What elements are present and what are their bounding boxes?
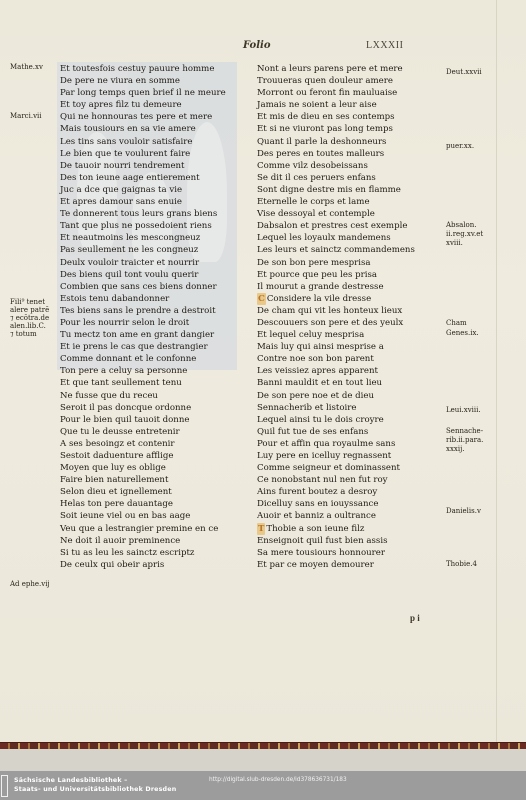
verse-text: Les leurs et sainctz commandemens (257, 245, 415, 255)
verse-text: Banni mauldit et en tout lieu (257, 378, 382, 388)
verse-text: Eternelle le corps et lame (257, 197, 370, 207)
verse-text: Des ton ieune aage entierement (60, 173, 200, 183)
verse-text: Sennacherib et listoire (257, 403, 356, 413)
verse-text: Mais tousiours en sa vie amere (60, 124, 196, 134)
verse-line: Les tins sans vouloir satisfaire (60, 136, 226, 148)
verse-line: Seroit il pas doncque ordonne (60, 402, 226, 414)
verse-line: Se dit il ces peruers enfans (257, 172, 415, 184)
verse-text: Dicelluy sans en iouyssance (257, 499, 378, 509)
verse-text: Jamais ne soient a leur aise (257, 100, 377, 110)
source-url[interactable]: http://digital.slub-dresden.de/id3786367… (209, 777, 347, 783)
verse-line: Deulx vouloir traicter et nourrir (60, 257, 226, 269)
verse-line: Pour et affin qua royaulme sans (257, 438, 415, 450)
verse-line: Des biens quil tont voulu querir (60, 269, 226, 281)
verse-text: Descouuers son pere et des yeulx (257, 318, 403, 328)
verse-line: Tu mectz ton ame en grant dangier (60, 329, 226, 341)
verse-line: Le bien que te voulurent faire (60, 148, 226, 160)
verse-text: A ses besoingz et contenir (60, 439, 175, 449)
marginal-gloss: xxxij. (446, 445, 464, 454)
verse-line: Des ton ieune aage entierement (60, 172, 226, 184)
verse-text: Comme vilz desobeissans (257, 161, 368, 171)
verse-text: Selon dieu et ignellement (60, 487, 172, 497)
verse-text: Tes biens sans le prendre a destroit (60, 306, 216, 316)
verse-text: Quant il parle la deshonneurs (257, 137, 386, 147)
verse-text: Et mis de dieu en ses contemps (257, 112, 395, 122)
verse-line: Moyen que luy es oblige (60, 462, 226, 474)
verse-line: Si tu as leu les sainctz escriptz (60, 547, 226, 559)
verse-line: Qui ne honnouras tes pere et mere (60, 111, 226, 123)
verse-line: Luy pere en icelluy regnassent (257, 450, 415, 462)
marginal-gloss: rib.ii.para. (446, 436, 483, 445)
verse-text: Thobie a son ieune filz (266, 524, 364, 534)
verse-text: Contre noe son bon parent (257, 354, 374, 364)
verse-text: Les tins sans vouloir satisfaire (60, 137, 193, 147)
marginal-gloss: ii.reg.xv.et (446, 230, 483, 239)
verse-line: Lequel les loyaulx mandemens (257, 232, 415, 244)
verse-line: Sa mere tousiours honnourer (257, 547, 415, 559)
marginal-gloss: xviii. (446, 239, 463, 248)
verse-text: Que tu le deusse entretenir (60, 427, 180, 437)
marginal-gloss: puer.xx. (446, 142, 474, 151)
verse-text: Lequel ainsi tu le dois croyre (257, 415, 384, 425)
verse-text: Tu mectz ton ame en grant dangier (60, 330, 214, 340)
verse-text: Ne fusse que du receu (60, 391, 158, 401)
verse-text: Et par ce moyen demourer (257, 560, 374, 570)
verse-text: Par long temps quen brief il ne meure (60, 88, 226, 98)
verse-text: Enseignoit quil fust bien assis (257, 536, 387, 546)
verse-line: Les leurs et sainctz commandemens (257, 244, 415, 256)
verse-line: Contre noe son bon parent (257, 353, 415, 365)
verse-line: Ne fusse que du receu (60, 390, 226, 402)
verse-line: Et lequel celuy mesprisa (257, 329, 415, 341)
marginal-gloss: Deut.xxvii (446, 68, 482, 77)
signature-mark: p i (410, 613, 420, 623)
verse-line: Et si ne viuront pas long temps (257, 123, 415, 135)
library-logo-icon (1, 775, 8, 797)
verse-line: Trouueras quen douleur amere (257, 75, 415, 87)
marginal-gloss: Danielis.v (446, 507, 481, 516)
verse-text: Considere la vile dresse (267, 294, 371, 304)
verse-text: Comme donnant et le confonne (60, 354, 196, 364)
verse-line: TThobie a son ieune filz (257, 523, 415, 535)
verse-text: Et toy apres filz tu demeure (60, 100, 182, 110)
folio-number: LXXXII (366, 40, 403, 51)
verse-text: Ains furent boutez a desroy (257, 487, 377, 497)
verse-line: Des peres en toutes malleurs (257, 148, 415, 160)
verse-text: Nont a leurs parens pere et mere (257, 64, 403, 74)
verse-line: Comme seigneur et dominassent (257, 462, 415, 474)
verse-text: Te donnerent tous leurs grans biens (60, 209, 217, 219)
verse-line: A ses besoingz et contenir (60, 438, 226, 450)
verse-line: Pour le bien quil tauoit donne (60, 414, 226, 426)
verse-text: Le bien que te voulurent faire (60, 149, 190, 159)
verse-line: Juc a dce que gaignas ta vie (60, 184, 226, 196)
verse-text: Et si ne viuront pas long temps (257, 124, 393, 134)
verse-text: Sa mere tousiours honnourer (257, 548, 385, 558)
verse-line: Comme donnant et le confonne (60, 353, 226, 365)
verse-text: De son pere noe et de dieu (257, 391, 374, 401)
verse-text: Ce nonobstant nul nen fut roy (257, 475, 388, 485)
verse-line: De ceulx qui obeir apris (60, 559, 226, 571)
verse-text: Mais luy qui ainsi mesprise a (257, 342, 384, 352)
marginal-gloss: Cham (446, 319, 467, 328)
verse-line: De pere ne viura en somme (60, 75, 226, 87)
verse-line: Dabsalon et prestres cest exemple (257, 220, 415, 232)
verse-line: Ton pere a celuy sa personne (60, 365, 226, 377)
verse-line: Combien que sans ces biens donner (60, 281, 226, 293)
verse-line: Eternelle le corps et lame (257, 196, 415, 208)
verse-line: Estois tenu dabandonner (60, 293, 226, 305)
verse-text: Ne doit il auoir preminence (60, 536, 180, 546)
marginal-gloss: Leui.xviii. (446, 406, 481, 415)
rubricated-initial: T (257, 523, 265, 535)
verse-line: Quil fut tue de ses enfans (257, 426, 415, 438)
verse-line: Nont a leurs parens pere et mere (257, 63, 415, 75)
verse-text: Sestoit daduenture afflige (60, 451, 173, 461)
verse-text: Et pource que peu les prisa (257, 270, 377, 280)
verse-line: Sont digne destre mis en flamme (257, 184, 415, 196)
marginal-gloss: Ad ephe.vij (10, 580, 50, 589)
verse-line: Faire bien naturellement (60, 474, 226, 486)
verse-text: Seroit il pas doncque ordonne (60, 403, 191, 413)
verse-text: Soit ieune viel ou en bas aage (60, 511, 190, 521)
verse-line: Veu que a lestrangier premine en ce (60, 523, 226, 535)
page-header: Folio LXXXII (0, 38, 526, 56)
verse-line: Ce nonobstant nul nen fut roy (257, 474, 415, 486)
verse-line: De son bon pere mesprisa (257, 257, 415, 269)
verse-text: Luy pere en icelluy regnassent (257, 451, 391, 461)
verse-line: Tant que plus ne possedoient riens (60, 220, 226, 232)
verse-line: Il mourut a grande destresse (257, 281, 415, 293)
verse-text: Sont digne destre mis en flamme (257, 185, 401, 195)
marginal-gloss: ⁊ totum (10, 330, 37, 339)
verse-line: Te donnerent tous leurs grans biens (60, 208, 226, 220)
verse-line: De son pere noe et de dieu (257, 390, 415, 402)
verse-text: Moyen que luy es oblige (60, 463, 166, 473)
verse-text: Et apres damour sans enuie (60, 197, 182, 207)
verse-line: Mais tousiours en sa vie amere (60, 123, 226, 135)
verse-line: Et ie prens le cas que destrangier (60, 341, 226, 353)
verse-text: Pas seullement ne les congneuz (60, 245, 198, 255)
verse-line: Par long temps quen brief il ne meure (60, 87, 226, 99)
verse-text: Les veissiez apres apparent (257, 366, 378, 376)
verse-line: De tauoir nourri tendrement (60, 160, 226, 172)
verse-line: Pour les nourrir selon le droit (60, 317, 226, 329)
verse-text: Et toutesfois cestuy pauure homme (60, 64, 214, 74)
verse-text: Faire bien naturellement (60, 475, 168, 485)
verse-text: Morront ou feront fin mauluaise (257, 88, 397, 98)
verse-line: Et neautmoins les mescongneuz (60, 232, 226, 244)
rubricated-initial: C (257, 293, 266, 305)
verse-text: Pour le bien quil tauoit donne (60, 415, 189, 425)
verse-line: Lequel ainsi tu le dois croyre (257, 414, 415, 426)
verse-text: Deulx vouloir traicter et nourrir (60, 258, 199, 268)
page-margin-line (496, 0, 497, 742)
verse-line: Descouuers son pere et des yeulx (257, 317, 415, 329)
verse-text: Juc a dce que gaignas ta vie (60, 185, 182, 195)
verse-text: Et lequel celuy mesprisa (257, 330, 364, 340)
verse-line: Sennacherib et listoire (257, 402, 415, 414)
verse-text: Veu que a lestrangier premine en ce (60, 524, 218, 534)
verse-text: Tant que plus ne possedoient riens (60, 221, 212, 231)
verse-text: Et ie prens le cas que destrangier (60, 342, 208, 352)
verse-line: Enseignoit quil fust bien assis (257, 535, 415, 547)
verse-line: Et toutesfois cestuy pauure homme (60, 63, 226, 75)
verse-line: Quant il parle la deshonneurs (257, 136, 415, 148)
verse-text: Comme seigneur et dominassent (257, 463, 400, 473)
verse-text: De cham qui vit les honteux lieux (257, 306, 402, 316)
verse-text: Il mourut a grande destresse (257, 282, 384, 292)
scan-background (0, 749, 526, 771)
verse-text: Estois tenu dabandonner (60, 294, 169, 304)
verse-line: De cham qui vit les honteux lieux (257, 305, 415, 317)
manuscript-page: Folio LXXXII Et toutesfois cestuy pauure… (0, 0, 526, 742)
verse-line: Ains furent boutez a desroy (257, 486, 415, 498)
verse-text: Lequel les loyaulx mandemens (257, 233, 391, 243)
verse-line: Tes biens sans le prendre a destroit (60, 305, 226, 317)
verse-line: Vise dessoyal et contemple (257, 208, 415, 220)
verse-line: Les veissiez apres apparent (257, 365, 415, 377)
verse-line: Auoir et banniz a oultrance (257, 510, 415, 522)
verse-line: Que tu le deusse entretenir (60, 426, 226, 438)
verse-line: Jamais ne soient a leur aise (257, 99, 415, 111)
institution-name-line1: Sächsische Landesbibliothek – (14, 777, 128, 784)
verse-text: De pere ne viura en somme (60, 76, 180, 86)
verse-text: Auoir et banniz a oultrance (257, 511, 376, 521)
library-footer: Sächsische Landesbibliothek – Staats- un… (0, 771, 526, 800)
marginal-gloss: Absalon. (446, 221, 477, 230)
verse-line: Et apres damour sans enuie (60, 196, 226, 208)
right-text-column: Nont a leurs parens pere et mereTrouuera… (257, 63, 415, 571)
verse-text: Combien que sans ces biens donner (60, 282, 217, 292)
verse-line: Sestoit daduenture afflige (60, 450, 226, 462)
verse-text: Des peres en toutes malleurs (257, 149, 384, 159)
verse-text: De son bon pere mesprisa (257, 258, 371, 268)
marginal-gloss: Marci.vii (10, 112, 42, 121)
verse-text: Trouueras quen douleur amere (257, 76, 393, 86)
verse-text: De tauoir nourri tendrement (60, 161, 185, 171)
marginal-gloss: Mathe.xv (10, 63, 43, 72)
verse-text: Pour et affin qua royaulme sans (257, 439, 395, 449)
verse-text: Helas ton pere dauantage (60, 499, 173, 509)
verse-text: Dabsalon et prestres cest exemple (257, 221, 407, 231)
verse-line: Mais luy qui ainsi mesprise a (257, 341, 415, 353)
verse-line: Selon dieu et ignellement (60, 486, 226, 498)
verse-text: Et que tant seullement tenu (60, 378, 182, 388)
verse-line: Banni mauldit et en tout lieu (257, 377, 415, 389)
institution-name-line2: Staats- und Universitätsbibliothek Dresd… (14, 786, 176, 793)
verse-line: Pas seullement ne les congneuz (60, 244, 226, 256)
verse-text: Quil fut tue de ses enfans (257, 427, 368, 437)
verse-line: Et pource que peu les prisa (257, 269, 415, 281)
verse-text: Se dit il ces peruers enfans (257, 173, 376, 183)
marginal-gloss: Genes.ix. (446, 329, 479, 338)
verse-line: Et toy apres filz tu demeure (60, 99, 226, 111)
verse-text: Qui ne honnouras tes pere et mere (60, 112, 212, 122)
verse-text: Si tu as leu les sainctz escriptz (60, 548, 194, 558)
verse-text: Vise dessoyal et contemple (257, 209, 375, 219)
verse-line: Dicelluy sans en iouyssance (257, 498, 415, 510)
verse-line: CConsidere la vile dresse (257, 293, 415, 305)
verse-text: Pour les nourrir selon le droit (60, 318, 189, 328)
verse-text: De ceulx qui obeir apris (60, 560, 164, 570)
verse-line: Helas ton pere dauantage (60, 498, 226, 510)
verse-line: Soit ieune viel ou en bas aage (60, 510, 226, 522)
verse-line: Et que tant seullement tenu (60, 377, 226, 389)
folio-label: Folio (243, 40, 271, 51)
verse-line: Et mis de dieu en ses contemps (257, 111, 415, 123)
marginal-gloss: Sennache- (446, 427, 483, 436)
verse-line: Ne doit il auoir preminence (60, 535, 226, 547)
verse-line: Et par ce moyen demourer (257, 559, 415, 571)
marginal-gloss: Thobie.4 (446, 560, 477, 569)
verse-line: Comme vilz desobeissans (257, 160, 415, 172)
verse-line: Morront ou feront fin mauluaise (257, 87, 415, 99)
verse-text: Et neautmoins les mescongneuz (60, 233, 200, 243)
verse-text: Ton pere a celuy sa personne (60, 366, 187, 376)
left-text-column: Et toutesfois cestuy pauure hommeDe pere… (60, 63, 226, 571)
verse-text: Des biens quil tont voulu querir (60, 270, 198, 280)
